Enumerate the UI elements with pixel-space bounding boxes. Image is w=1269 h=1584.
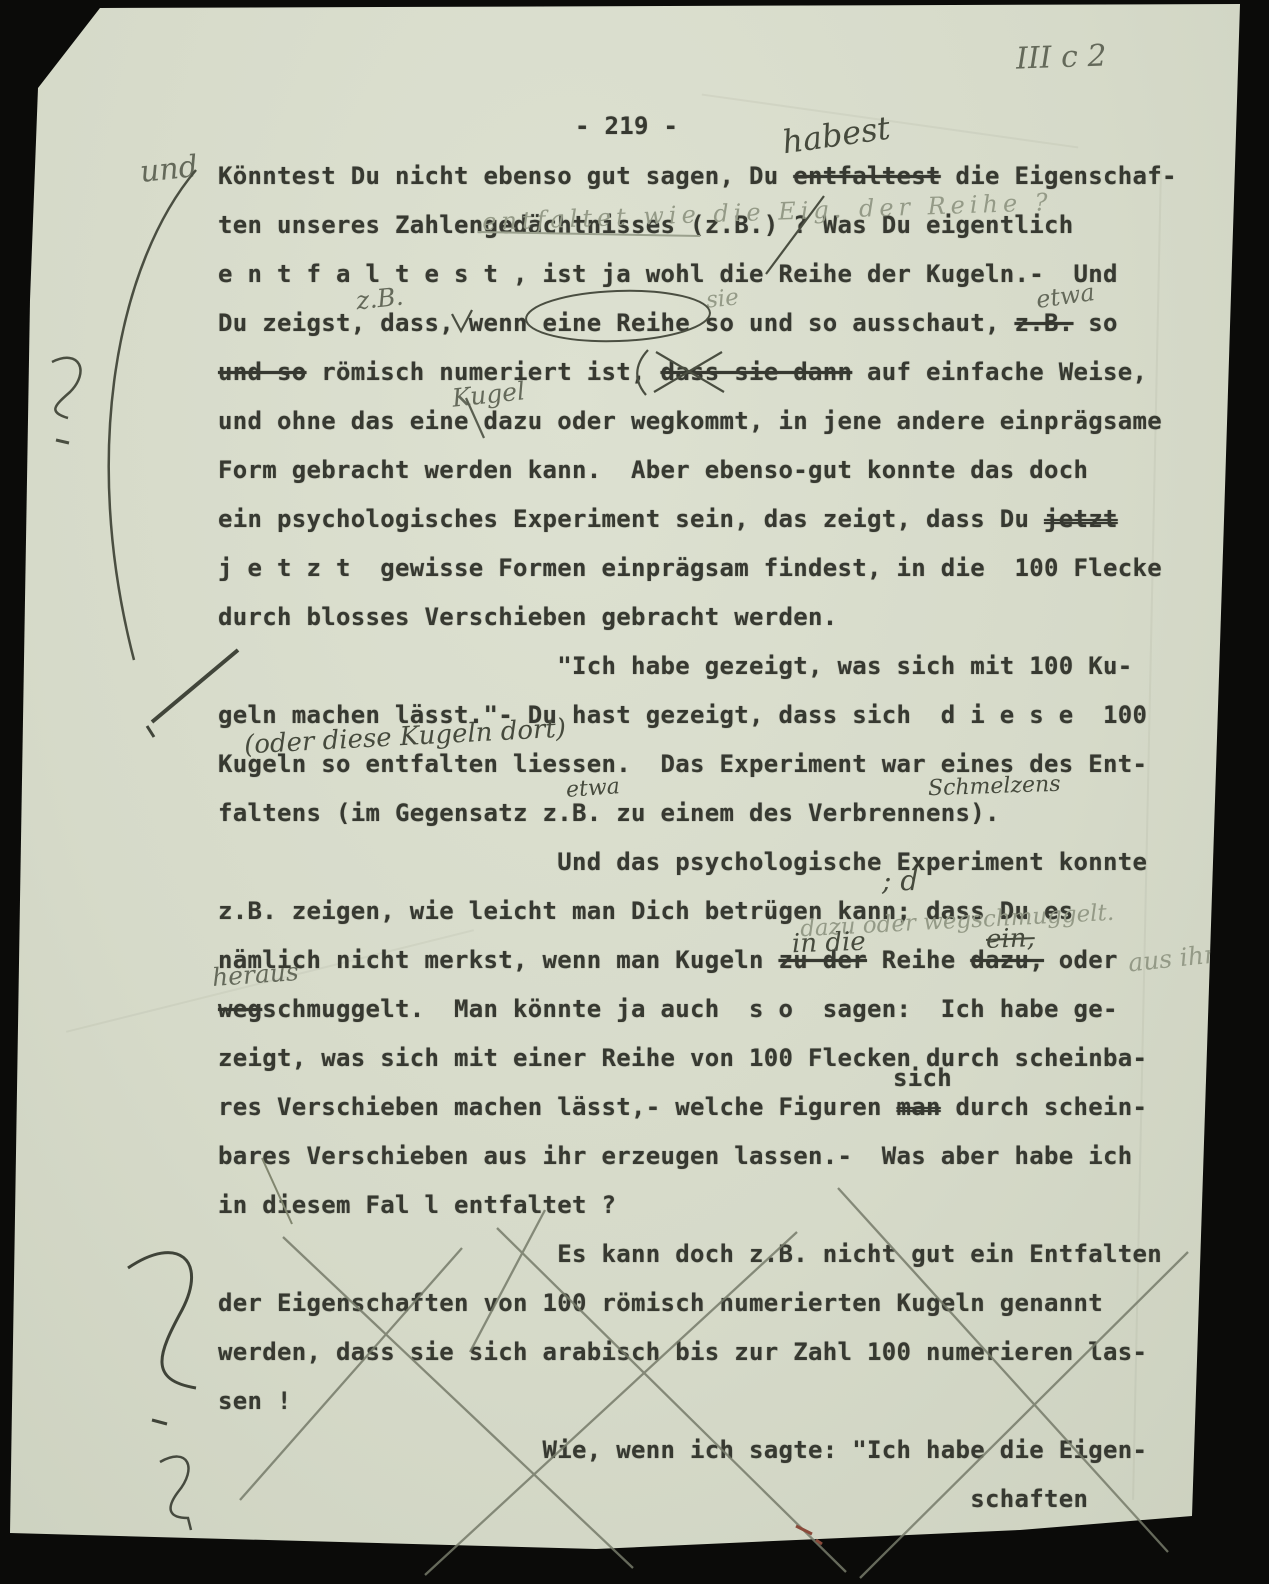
typed-segment: "Ich habe gezeigt, was sich mit 100 Ku- — [557, 652, 1132, 680]
typed-segment: man — [896, 1093, 940, 1121]
typed-line: und ohne das eine dazu oder wegkommt, in… — [218, 407, 1162, 435]
typed-segment: werden, dass sie sich arabisch bis zur Z… — [218, 1338, 1147, 1366]
typed-line: sen ! — [218, 1387, 292, 1415]
typed-line: Könntest Du nicht ebenso gut sagen, Du e… — [218, 162, 1177, 190]
typed-segment: Du zeigst, dass, wenn eine Reihe so und … — [218, 309, 1014, 337]
typed-segment: und so — [218, 358, 307, 386]
typed-segment: so — [1073, 309, 1117, 337]
typed-segment: Könntest Du nicht ebenso gut sagen, Du — [218, 162, 793, 190]
page-number: - 219 - — [575, 112, 678, 140]
typed-segment: Es kann doch z.B. nicht gut ein Entfalte… — [557, 1240, 1162, 1268]
typed-segment: res Verschieben machen lässt,- welche Fi… — [218, 1093, 896, 1121]
typed-segment: faltens (im Gegensatz z.B. zu einem des … — [218, 799, 1000, 827]
typed-segment: der Eigenschaften von 100 römisch numeri… — [218, 1289, 1103, 1317]
typed-segment: auf einfache Weise, — [852, 358, 1147, 386]
typed-segment: z.B. — [1014, 309, 1073, 337]
typed-segment: Wie, wenn ich sagte: "Ich habe die Eigen… — [543, 1436, 1148, 1464]
typed-segment: durch schein- — [941, 1093, 1148, 1121]
typed-line: nämlich nicht merkst, wenn man Kugeln zu… — [218, 946, 1118, 974]
typed-line: der Eigenschaften von 100 römisch numeri… — [218, 1289, 1103, 1317]
typed-insert: sich — [893, 1064, 952, 1092]
typed-segment: dass sie dann — [660, 358, 852, 386]
manuscript-photo: - 219 - Könntest Du nicht ebenso gut sag… — [0, 0, 1269, 1584]
typed-segment: weg — [218, 995, 262, 1023]
typed-segment: nämlich nicht merkst, wenn man Kugeln — [218, 946, 778, 974]
typed-segment: j e t z t gewisse Formen einprägsam find… — [218, 554, 1162, 582]
handwritten-note: heraus — [211, 957, 299, 992]
typed-line: und so römisch numeriert ist, dass sie d… — [218, 358, 1147, 386]
typed-segment: die Eigenschaf- — [941, 162, 1177, 190]
typed-line: Es kann doch z.B. nicht gut ein Entfalte… — [218, 1240, 1162, 1268]
typed-segment: Reihe — [867, 946, 970, 974]
typed-segment: Form gebracht werden kann. Aber ebenso-g… — [218, 456, 1088, 484]
typed-line: Wie, wenn ich sagte: "Ich habe die Eigen… — [218, 1436, 1147, 1464]
typed-line: ein psychologisches Experiment sein, das… — [218, 505, 1118, 533]
typed-line: bares Verschieben aus ihr erzeugen lasse… — [218, 1142, 1132, 1170]
typed-line: j e t z t gewisse Formen einprägsam find… — [218, 554, 1162, 582]
handwritten-note: etwa — [565, 774, 620, 803]
handwritten-note: ; d — [882, 864, 918, 897]
handwritten-note: aus ihr — [1127, 939, 1217, 977]
typed-line: Du zeigst, dass, wenn eine Reihe so und … — [218, 309, 1118, 337]
typed-segment: durch blosses Verschieben gebracht werde… — [218, 603, 837, 631]
handwritten-note: in die — [791, 927, 866, 960]
typed-segment: zeigt, was sich mit einer Reihe von 100 … — [218, 1044, 1147, 1072]
typed-line: "Ich habe gezeigt, was sich mit 100 Ku- — [218, 652, 1132, 680]
typed-line: e n t f a l t e s t , ist ja wohl die Re… — [218, 260, 1118, 288]
typed-segment: und ohne das eine dazu oder wegkommt, in… — [218, 407, 1162, 435]
typed-segment: Und das psychologische Experiment konnte — [557, 848, 1147, 876]
typed-segment: bares Verschieben aus ihr erzeugen lasse… — [218, 1142, 1132, 1170]
typed-line: zeigt, was sich mit einer Reihe von 100 … — [218, 1044, 1147, 1072]
typed-segment: jetzt — [1044, 505, 1118, 533]
handwritten-note: und — [138, 149, 199, 190]
typed-line: res Verschieben machen lässt,- welche Fi… — [218, 1093, 1147, 1121]
typed-line: durch blosses Verschieben gebracht werde… — [218, 603, 837, 631]
handwritten-note: Schmelzens — [928, 772, 1061, 802]
typed-segment: schmuggelt. Man könnte ja auch s o sagen… — [262, 995, 1117, 1023]
handwritten-note: III c 2 — [1015, 38, 1107, 76]
typed-segment: sen ! — [218, 1387, 292, 1415]
handwritten-note: sie — [705, 284, 740, 313]
typed-segment: ein psychologisches Experiment sein, das… — [218, 505, 1044, 533]
typed-line: in diesem Fal l entfaltet ? — [218, 1191, 616, 1219]
typed-line: werden, dass sie sich arabisch bis zur Z… — [218, 1338, 1147, 1366]
typed-line: Form gebracht werden kann. Aber ebenso-g… — [218, 456, 1088, 484]
handwritten-note: ein, — [985, 923, 1035, 955]
typed-segment: oder — [1044, 946, 1118, 974]
typed-line: Und das psychologische Experiment konnte — [218, 848, 1147, 876]
typed-line: schaften — [218, 1485, 1088, 1513]
typed-segment: in diesem Fal l entfaltet ? — [218, 1191, 616, 1219]
handwritten-note: z.B. — [355, 282, 405, 316]
typed-line: faltens (im Gegensatz z.B. zu einem des … — [218, 799, 1000, 827]
typed-line: wegschmuggelt. Man könnte ja auch s o sa… — [218, 995, 1118, 1023]
typed-segment: entfaltest — [793, 162, 941, 190]
handwritten-note: habest — [780, 109, 893, 162]
paper-sheet: - 219 - Könntest Du nicht ebenso gut sag… — [0, 0, 1269, 1584]
typed-segment: schaften — [970, 1485, 1088, 1513]
typed-segment: e n t f a l t e s t , ist ja wohl die Re… — [218, 260, 1118, 288]
